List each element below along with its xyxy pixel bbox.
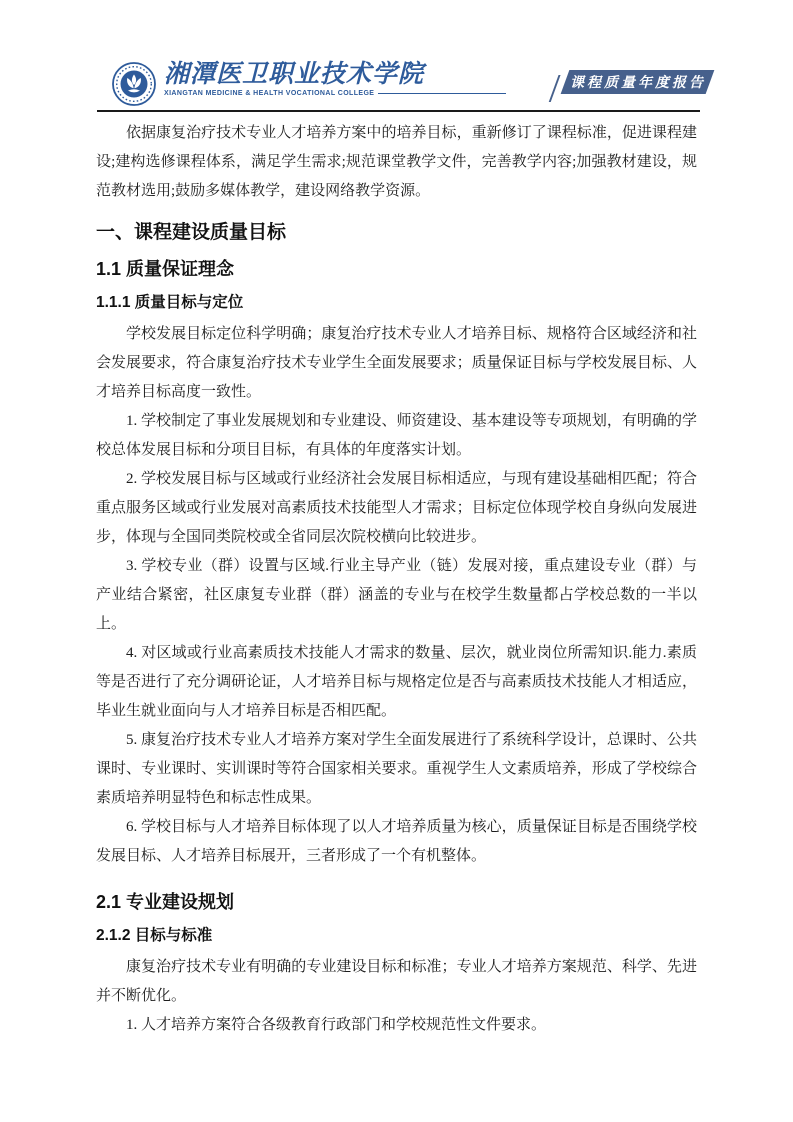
- body-paragraph: 学校发展目标定位科学明确；康复治疗技术专业人才培养目标、规格符合区域经济和社会发…: [96, 320, 697, 407]
- numbered-paragraph-3: 3. 学校专业（群）设置与区域.行业主导产业（链）发展对接，重点建设专业（群）与…: [96, 552, 697, 639]
- banner-parallelogram: 课程质量年度报告: [561, 70, 715, 94]
- header-divider: [97, 110, 700, 112]
- section-heading-course-quality-goals: 一、课程建设质量目标: [96, 221, 697, 245]
- college-emblem-icon: [112, 62, 156, 106]
- subsection-heading-major-construction-plan: 2.1 专业建设规划: [96, 891, 697, 914]
- report-banner: 课程质量年度报告: [565, 70, 710, 94]
- college-name-zh: 湘潭医卫职业技术学院: [164, 62, 564, 88]
- college-name-underline: [378, 93, 506, 94]
- subsubsection-heading-quality-goal-positioning: 1.1.1 质量目标与定位: [96, 293, 697, 313]
- body-paragraph: 康复治疗技术专业有明确的专业建设目标和标准；专业人才培养方案规范、科学、先进并不…: [96, 953, 697, 1011]
- intro-paragraph: 依据康复治疗技术专业人才培养方案中的培养目标，重新修订了课程标准，促进课程建设;…: [96, 119, 697, 206]
- numbered-paragraph-final: 1. 人才培养方案符合各级教育行政部门和学校规范性文件要求。: [96, 1011, 697, 1040]
- subsubsection-heading-goals-and-standards: 2.1.2 目标与标准: [96, 926, 697, 946]
- numbered-paragraph-4: 4. 对区域或行业高素质技术技能人才需求的数量、层次，就业岗位所需知识.能力.素…: [96, 639, 697, 726]
- banner-label: 课程质量年度报告: [570, 72, 706, 92]
- college-logo: [112, 62, 156, 106]
- college-name-block: 湘潭医卫职业技术学院 XIANGTAN MEDICINE & HEALTH VO…: [164, 62, 564, 97]
- document-body: 依据康复治疗技术专业人才培养方案中的培养目标，重新修订了课程标准，促进课程建设;…: [96, 119, 697, 1040]
- numbered-paragraph-6: 6. 学校目标与人才培养目标体现了以人才培养质量为核心，质量保证目标是否围绕学校…: [96, 813, 697, 871]
- college-name-en: XIANGTAN MEDICINE & HEALTH VOCATIONAL CO…: [164, 90, 374, 97]
- numbered-paragraph-5: 5. 康复治疗技术专业人才培养方案对学生全面发展进行了系统科学设计，总课时、公共…: [96, 726, 697, 813]
- numbered-paragraph-1: 1. 学校制定了事业发展规划和专业建设、师资建设、基本建设等专项规划，有明确的学…: [96, 407, 697, 465]
- college-name-en-row: XIANGTAN MEDICINE & HEALTH VOCATIONAL CO…: [164, 90, 564, 97]
- numbered-paragraph-2: 2. 学校发展目标与区域或行业经济社会发展目标相适应，与现有建设基础相匹配；符合…: [96, 465, 697, 552]
- subsection-heading-quality-assurance-concept: 1.1 质量保证理念: [96, 258, 697, 281]
- document-page: 湘潭医卫职业技术学院 XIANGTAN MEDICINE & HEALTH VO…: [0, 0, 793, 1122]
